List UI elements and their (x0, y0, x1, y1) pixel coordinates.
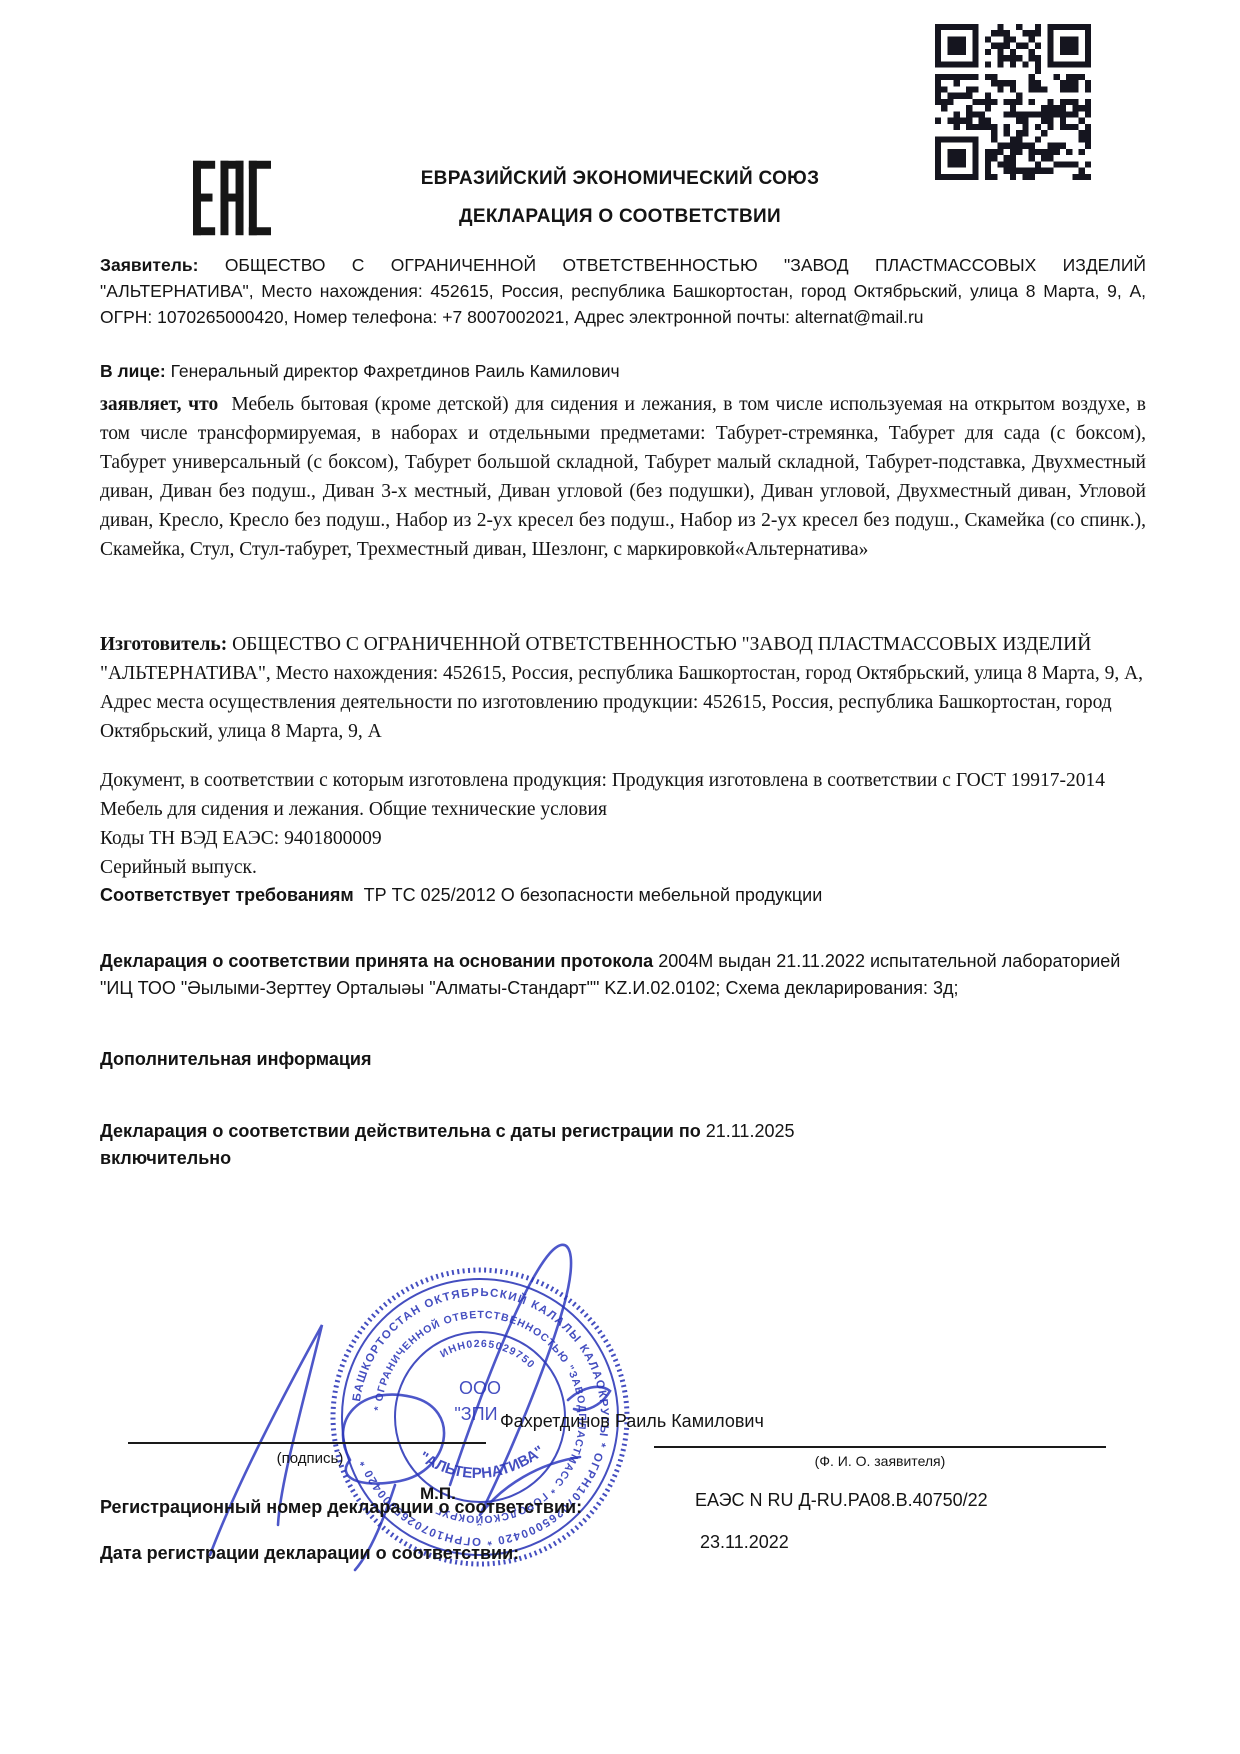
page-title: ДЕКЛАРАЦИЯ О СООТВЕТСТВИИ (300, 206, 940, 228)
manufacture-document-line: Документ, в соответствии с которым изгот… (100, 766, 1146, 824)
in-person-text: Генеральный директор Фахретдинов Раиль К… (171, 361, 620, 381)
manufacturer-paragraph: Изготовитель: ОБЩЕСТВО С ОГРАНИЧЕННОЙ ОТ… (100, 630, 1146, 746)
declares-text: Мебель бытовая (кроме детской) для сиден… (100, 394, 1146, 560)
validity-paragraph: Декларация о соответствии действительна … (100, 1118, 1146, 1172)
validity-label: Декларация о соответствии действительна … (100, 1121, 701, 1141)
declares-label: заявляет, что (100, 394, 218, 415)
in-person-label: В лице: (100, 361, 166, 381)
signature-caption: (подпись) (170, 1450, 450, 1467)
compliance-line: Соответствует требованиям ТР ТС 025/2012… (100, 882, 1146, 909)
eac-logo-icon (193, 156, 271, 245)
signature-line (128, 1442, 486, 1444)
applicant-name: Фахретдинов Раиль Камилович (500, 1408, 764, 1435)
basis-paragraph: Декларация о соответствии принята на осн… (100, 948, 1146, 1002)
compliance-label: Соответствует требованиям (100, 885, 354, 905)
declares-paragraph: заявляет, что Мебель бытовая (кроме детс… (100, 390, 1146, 564)
declaration-document: ЕВРАЗИЙСКИЙ ЭКОНОМИЧЕСКИЙ СОЮЗ ДЕКЛАРАЦИ… (0, 0, 1240, 1754)
qr-code-icon (935, 24, 1091, 185)
applicant-label: Заявитель: (100, 255, 198, 275)
union-name: ЕВРАЗИЙСКИЙ ЭКОНОМИЧЕСКИЙ СОЮЗ (300, 168, 940, 190)
applicant-paragraph: Заявитель: ОБЩЕСТВО С ОГРАНИЧЕННОЙ ОТВЕТ… (100, 252, 1146, 330)
basis-label: Декларация о соответствии принята на осн… (100, 951, 653, 971)
stamp-center-line2: "ЗПИ (454, 1404, 497, 1424)
registration-date-label: Дата регистрации декларации о соответств… (100, 1540, 680, 1567)
applicant-text: ОБЩЕСТВО С ОГРАНИЧЕННОЙ ОТВЕТСТВЕННОСТЬЮ… (100, 255, 1146, 327)
serial-issue-line: Серийный выпуск. (100, 853, 1146, 882)
compliance-text: ТР ТС 025/2012 О безопасности мебельной … (364, 885, 823, 905)
registration-number-label: Регистрационный номер декларации о соотв… (100, 1494, 680, 1521)
document-header: ЕВРАЗИЙСКИЙ ЭКОНОМИЧЕСКИЙ СОЮЗ ДЕКЛАРАЦИ… (300, 168, 940, 228)
validity-suffix: включительно (100, 1148, 231, 1168)
manufacturer-label: Изготовитель: (100, 634, 227, 655)
registration-date-value: 23.11.2022 (700, 1532, 789, 1553)
in-person-line: В лице: Генеральный директор Фахретдинов… (100, 358, 1146, 384)
validity-date: 21.11.2025 (706, 1121, 795, 1141)
additional-info-label: Дополнительная информация (100, 1046, 1146, 1073)
name-line (654, 1446, 1106, 1448)
manufacturer-text: ОБЩЕСТВО С ОГРАНИЧЕННОЙ ОТВЕТСТВЕННОСТЬЮ… (100, 634, 1143, 742)
registration-number-value: ЕАЭС N RU Д-RU.РА08.В.40750/22 (695, 1490, 988, 1511)
stamp-center-line1: ООО (459, 1378, 501, 1398)
name-caption: (Ф. И. О. заявителя) (770, 1453, 990, 1469)
tn-ved-codes-line: Коды ТН ВЭД ЕАЭС: 9401800009 (100, 824, 1146, 853)
